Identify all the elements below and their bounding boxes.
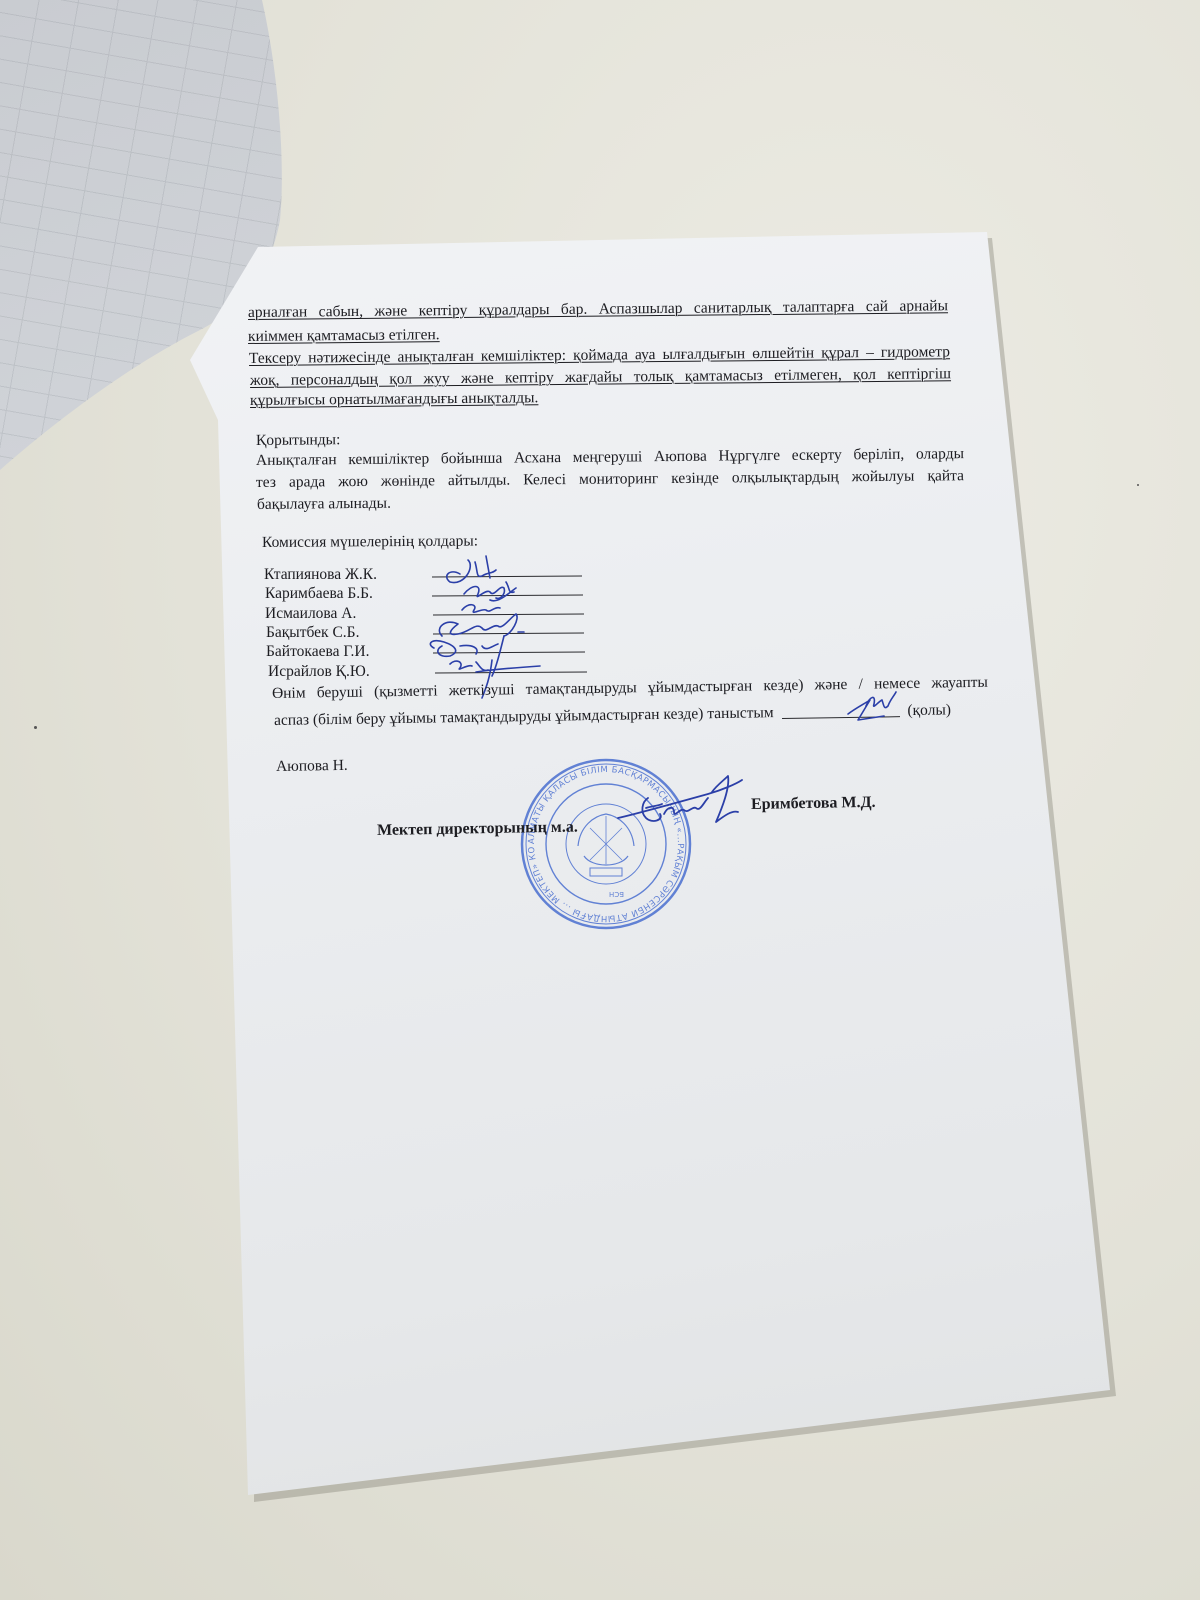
member-name: Байтокаева Г.И. (266, 643, 369, 661)
conclusion-line-1: Анықталған кемшіліктер бойынша Асхана ме… (256, 445, 964, 470)
findings-line-1: арналған сабын, және кептіру құралдары б… (248, 297, 948, 322)
member-name: Ктапиянова Ж.К. (264, 566, 377, 584)
findings-line-4: жоқ, персоналдың қол жуу және кептіру жа… (250, 365, 951, 390)
director-title: Мектеп директорының м.а. (377, 818, 578, 840)
findings-line-3: Тексеру нәтижесінде анықталған кемшілікт… (249, 343, 950, 368)
acknowledgement-name: Аюпова Н. (276, 757, 348, 776)
background-speck (34, 726, 37, 729)
stamp-bin-label: БСН (609, 890, 624, 898)
conclusion-line-3: бақылауға алынады. (257, 495, 391, 514)
findings-line-2: киіммен қамтамасыз етілген. (248, 326, 440, 346)
member-name: Бақытбек С.Б. (266, 624, 359, 642)
acknowledgement-text: аспаз (білім беру ұйымы тамақтандыруды ұ… (274, 704, 774, 729)
member-name: Каримбаева Б.Б. (265, 585, 373, 603)
member-name: Исмаилова А. (265, 605, 356, 623)
findings-line-5: құрылғысы орнатылмағандығы анықталды. (250, 389, 539, 410)
document-content: арналған сабын, және кептіру құралдары б… (0, 0, 1200, 1600)
acknowledgement-signature-ink (818, 686, 918, 730)
conclusion-heading: Қорытынды: (256, 431, 341, 450)
director-name: Еримбетова М.Д. (751, 794, 876, 814)
director-signature-ink (612, 768, 752, 838)
background-speck (1137, 484, 1139, 486)
member-name: Исрайлов Қ.Ю. (268, 663, 370, 681)
conclusion-line-2: тез арада жою жөнінде айтылды. Келесі мо… (256, 467, 964, 492)
